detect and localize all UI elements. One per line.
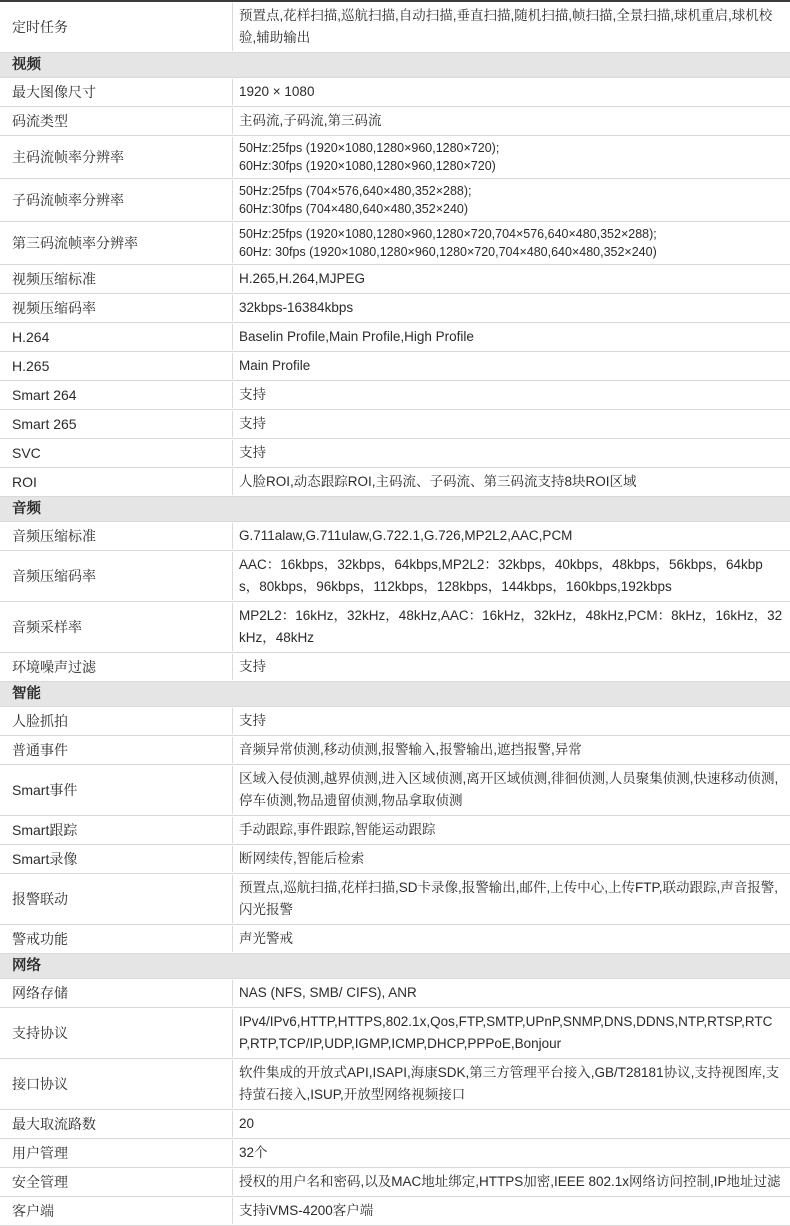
spec-row-noise-filter: 环境噪声过滤支持 [0, 653, 790, 682]
spec-row-security: 安全管理授权的用户名和密码,以及MAC地址绑定,HTTPS加密,IEEE 802… [0, 1168, 790, 1197]
spec-value-cell: 人脸ROI,动态跟踪ROI,主码流、子码流、第三码流支持8块ROI区域 [232, 469, 790, 495]
spec-row-smart-record: Smart录像断网续传,智能后检索 [0, 845, 790, 874]
spec-label: 子码流帧率分辨率 [0, 188, 232, 213]
section-header-audio: 音频 [0, 497, 790, 522]
spec-row-smart-event: Smart事件区域入侵侦测,越界侦测,进入区域侦测,离开区域侦测,徘徊侦测,人员… [0, 765, 790, 816]
spec-row-smart-tracking: Smart跟踪手动跟踪,事件跟踪,智能运动跟踪 [0, 816, 790, 845]
spec-row-video-bitrate: 视频压缩码率32kbps-16384kbps [0, 294, 790, 323]
spec-label: 定时任务 [0, 15, 232, 40]
spec-value: 1920 × 1080 [239, 81, 314, 103]
spec-row-third-stream-res: 第三码流帧率分辨率50Hz:25fps (1920×1080,1280×960,… [0, 222, 790, 265]
spec-label: Smart 265 [0, 412, 232, 437]
spec-label: 接口协议 [0, 1072, 232, 1097]
section-header-label: 网络 [12, 954, 41, 978]
section-header-label: 音频 [12, 497, 41, 521]
spec-value: Baselin Profile,Main Profile,High Profil… [239, 326, 474, 348]
spec-value: 预置点,巡航扫描,花样扫描,SD卡录像,报警输出,邮件,上传中心,上传FTP,联… [239, 877, 783, 921]
spec-row-smart264: Smart 264支持 [0, 381, 790, 410]
spec-row-max-image-size: 最大图像尺寸1920 × 1080 [0, 78, 790, 107]
spec-value-cell: 音频异常侦测,移动侦测,报警输入,报警输出,遮挡报警,异常 [232, 737, 790, 763]
spec-label: Smart录像 [0, 847, 232, 872]
spec-value: H.265,H.264,MJPEG [239, 268, 365, 290]
spec-label: 音频压缩标准 [0, 524, 232, 549]
spec-value-cell: IPv4/IPv6,HTTP,HTTPS,802.1x,Qos,FTP,SMTP… [232, 1009, 790, 1057]
section-header-intelligence: 智能 [0, 682, 790, 707]
spec-row-smart265: Smart 265支持 [0, 410, 790, 439]
spec-label: 支持协议 [0, 1021, 232, 1046]
spec-value-cell: 支持 [232, 440, 790, 466]
spec-row-face-capture: 人脸抓拍支持 [0, 707, 790, 736]
spec-label: 报警联动 [0, 887, 232, 912]
spec-row-protocols: 支持协议IPv4/IPv6,HTTP,HTTPS,802.1x,Qos,FTP,… [0, 1008, 790, 1059]
spec-value-cell: 1920 × 1080 [232, 79, 790, 105]
spec-row-roi: ROI人脸ROI,动态跟踪ROI,主码流、子码流、第三码流支持8块ROI区域 [0, 468, 790, 497]
spec-label: 安全管理 [0, 1170, 232, 1195]
spec-label: 最大取流路数 [0, 1112, 232, 1137]
spec-value: 人脸ROI,动态跟踪ROI,主码流、子码流、第三码流支持8块ROI区域 [239, 471, 637, 493]
spec-value: 50Hz:25fps (1920×1080,1280×960,1280×720,… [239, 225, 657, 261]
spec-label: SVC [0, 441, 232, 466]
spec-table: 定时任务预置点,花样扫描,巡航扫描,自动扫描,垂直扫描,随机扫描,帧扫描,全景扫… [0, 0, 790, 1226]
spec-value: 支持 [239, 442, 266, 464]
spec-value-cell: 50Hz:25fps (704×576,640×480,352×288); 60… [232, 180, 790, 220]
spec-label: Smart跟踪 [0, 818, 232, 843]
spec-value: 软件集成的开放式API,ISAPI,海康SDK,第三方管理平台接入,GB/T28… [239, 1062, 783, 1106]
spec-value: 断网续传,智能后检索 [239, 848, 364, 870]
spec-value: Main Profile [239, 355, 310, 377]
spec-label: 用户管理 [0, 1141, 232, 1166]
spec-value-cell: NAS (NFS, SMB/ CIFS), ANR [232, 980, 790, 1006]
spec-value: AAC：16kbps，32kbps，64kbps,MP2L2：32kbps，40… [239, 554, 783, 598]
spec-value-cell: H.265,H.264,MJPEG [232, 266, 790, 292]
spec-value-cell: 支持iVMS-4200客户端 [232, 1198, 790, 1224]
spec-value: 支持 [239, 656, 266, 678]
spec-value-cell: 支持 [232, 654, 790, 680]
spec-label: 普通事件 [0, 738, 232, 763]
spec-value: 手动跟踪,事件跟踪,智能运动跟踪 [239, 819, 436, 841]
spec-label: 音频采样率 [0, 615, 232, 640]
spec-value: 声光警戒 [239, 928, 293, 950]
spec-label: 码流类型 [0, 109, 232, 134]
spec-label: 警戒功能 [0, 927, 232, 952]
spec-value-cell: Main Profile [232, 353, 790, 379]
spec-label: H.265 [0, 354, 232, 379]
spec-row-sub-stream-res: 子码流帧率分辨率50Hz:25fps (704×576,640×480,352×… [0, 179, 790, 222]
spec-row-video-compression: 视频压缩标准H.265,H.264,MJPEG [0, 265, 790, 294]
spec-value-cell: MP2L2：16kHz，32kHz，48kHz,AAC：16kHz，32kHz，… [232, 603, 790, 651]
spec-label: Smart 264 [0, 383, 232, 408]
spec-value-cell: 手动跟踪,事件跟踪,智能运动跟踪 [232, 817, 790, 843]
spec-label: 第三码流帧率分辨率 [0, 231, 232, 256]
spec-label: 客户端 [0, 1199, 232, 1224]
section-header-label: 视频 [12, 53, 41, 77]
spec-value: 支持 [239, 710, 266, 732]
spec-row-max-streams: 最大取流路数20 [0, 1110, 790, 1139]
spec-row-user-management: 用户管理32个 [0, 1139, 790, 1168]
spec-value: 支持 [239, 384, 266, 406]
spec-label: Smart事件 [0, 778, 232, 803]
spec-value-cell: 32个 [232, 1140, 790, 1166]
spec-value: 20 [239, 1113, 254, 1135]
spec-value: 预置点,花样扫描,巡航扫描,自动扫描,垂直扫描,随机扫描,帧扫描,全景扫描,球机… [239, 5, 783, 49]
spec-value-cell: 预置点,花样扫描,巡航扫描,自动扫描,垂直扫描,随机扫描,帧扫描,全景扫描,球机… [232, 3, 790, 51]
spec-value-cell: 授权的用户名和密码,以及MAC地址绑定,HTTPS加密,IEEE 802.1x网… [232, 1169, 790, 1195]
spec-value-cell: 主码流,子码流,第三码流 [232, 108, 790, 134]
section-header-video: 视频 [0, 53, 790, 78]
spec-value: 区域入侵侦测,越界侦测,进入区域侦测,离开区域侦测,徘徊侦测,人员聚集侦测,快速… [239, 768, 783, 812]
spec-value-cell: 声光警戒 [232, 926, 790, 952]
spec-value: 支持iVMS-4200客户端 [239, 1200, 373, 1222]
spec-value-cell: 断网续传,智能后检索 [232, 846, 790, 872]
spec-value: 32个 [239, 1142, 268, 1164]
spec-label: 环境噪声过滤 [0, 655, 232, 680]
spec-row-client: 客户端支持iVMS-4200客户端 [0, 1197, 790, 1226]
spec-row-h264: H.264Baselin Profile,Main Profile,High P… [0, 323, 790, 352]
spec-value-cell: 50Hz:25fps (1920×1080,1280×960,1280×720)… [232, 137, 790, 177]
spec-label: H.264 [0, 325, 232, 350]
section-header-label: 智能 [12, 682, 41, 706]
spec-label: 人脸抓拍 [0, 709, 232, 734]
spec-value-cell: 50Hz:25fps (1920×1080,1280×960,1280×720,… [232, 223, 790, 263]
spec-row-h265: H.265Main Profile [0, 352, 790, 381]
spec-value-cell: 20 [232, 1111, 790, 1137]
spec-value: 音频异常侦测,移动侦测,报警输入,报警输出,遮挡报警,异常 [239, 739, 582, 761]
spec-row-audio-bitrate: 音频压缩码率AAC：16kbps，32kbps，64kbps,MP2L2：32k… [0, 551, 790, 602]
spec-value: 50Hz:25fps (1920×1080,1280×960,1280×720)… [239, 139, 499, 175]
spec-row-network-storage: 网络存储NAS (NFS, SMB/ CIFS), ANR [0, 979, 790, 1008]
spec-label: 最大图像尺寸 [0, 80, 232, 105]
spec-value: 32kbps-16384kbps [239, 297, 353, 319]
spec-value: 授权的用户名和密码,以及MAC地址绑定,HTTPS加密,IEEE 802.1x网… [239, 1171, 781, 1193]
spec-value: G.711alaw,G.711ulaw,G.722.1,G.726,MP2L2,… [239, 525, 572, 547]
section-header-network: 网络 [0, 954, 790, 979]
spec-row-interface-protocol: 接口协议软件集成的开放式API,ISAPI,海康SDK,第三方管理平台接入,GB… [0, 1059, 790, 1110]
spec-value-cell: 支持 [232, 411, 790, 437]
spec-row-audio-sample-rate: 音频采样率MP2L2：16kHz，32kHz，48kHz,AAC：16kHz，3… [0, 602, 790, 653]
spec-value: 支持 [239, 413, 266, 435]
spec-value: IPv4/IPv6,HTTP,HTTPS,802.1x,Qos,FTP,SMTP… [239, 1011, 783, 1055]
spec-value-cell: 预置点,巡航扫描,花样扫描,SD卡录像,报警输出,邮件,上传中心,上传FTP,联… [232, 875, 790, 923]
spec-value: NAS (NFS, SMB/ CIFS), ANR [239, 982, 417, 1004]
spec-row-alarm-linkage: 报警联动预置点,巡航扫描,花样扫描,SD卡录像,报警输出,邮件,上传中心,上传F… [0, 874, 790, 925]
spec-label: 主码流帧率分辨率 [0, 145, 232, 170]
spec-value-cell: Baselin Profile,Main Profile,High Profil… [232, 324, 790, 350]
spec-row-main-stream-res: 主码流帧率分辨率50Hz:25fps (1920×1080,1280×960,1… [0, 136, 790, 179]
spec-label: 音频压缩码率 [0, 564, 232, 589]
spec-row-stream-type: 码流类型主码流,子码流,第三码流 [0, 107, 790, 136]
spec-value: 主码流,子码流,第三码流 [239, 110, 382, 132]
spec-row-audio-compression: 音频压缩标准G.711alaw,G.711ulaw,G.722.1,G.726,… [0, 522, 790, 551]
spec-label: 视频压缩标准 [0, 267, 232, 292]
spec-label: 视频压缩码率 [0, 296, 232, 321]
spec-value-cell: 区域入侵侦测,越界侦测,进入区域侦测,离开区域侦测,徘徊侦测,人员聚集侦测,快速… [232, 766, 790, 814]
spec-value: 50Hz:25fps (704×576,640×480,352×288); 60… [239, 182, 471, 218]
spec-row-deterrence: 警戒功能声光警戒 [0, 925, 790, 954]
spec-value-cell: 软件集成的开放式API,ISAPI,海康SDK,第三方管理平台接入,GB/T28… [232, 1060, 790, 1108]
spec-row-scheduled-task: 定时任务预置点,花样扫描,巡航扫描,自动扫描,垂直扫描,随机扫描,帧扫描,全景扫… [0, 2, 790, 53]
spec-row-svc: SVC支持 [0, 439, 790, 468]
spec-label: ROI [0, 470, 232, 495]
spec-label: 网络存储 [0, 981, 232, 1006]
spec-value-cell: 32kbps-16384kbps [232, 295, 790, 321]
spec-value-cell: AAC：16kbps，32kbps，64kbps,MP2L2：32kbps，40… [232, 552, 790, 600]
spec-value-cell: 支持 [232, 382, 790, 408]
spec-value-cell: 支持 [232, 708, 790, 734]
spec-row-basic-event: 普通事件音频异常侦测,移动侦测,报警输入,报警输出,遮挡报警,异常 [0, 736, 790, 765]
spec-value: MP2L2：16kHz，32kHz，48kHz,AAC：16kHz，32kHz，… [239, 605, 783, 649]
spec-value-cell: G.711alaw,G.711ulaw,G.722.1,G.726,MP2L2,… [232, 523, 790, 549]
